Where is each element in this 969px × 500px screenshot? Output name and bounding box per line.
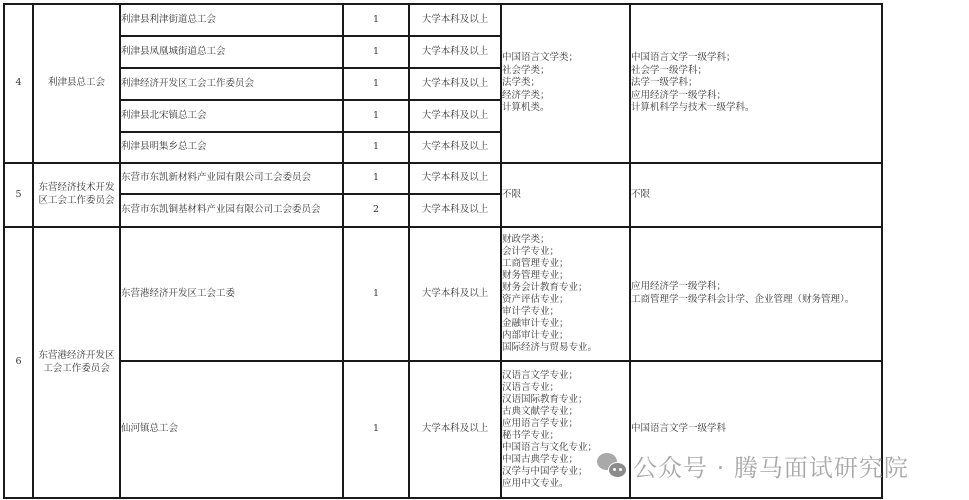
education-cell: 大学本科及以上 [409, 163, 501, 194]
row-number: 6 [4, 227, 33, 498]
subject-cell: 应用经济学一级学科； 工商管理学一级学科会计学、企业管理（财务管理）。 [630, 227, 882, 361]
department-cell: 利津县总工会 [33, 4, 120, 163]
count-cell: 1 [343, 132, 409, 163]
subject-item: 应用经济学一级学科； [631, 90, 881, 103]
education-cell: 大学本科及以上 [409, 194, 501, 227]
count-cell: 1 [343, 4, 409, 36]
count-cell: 1 [343, 100, 409, 132]
major-item: 财务会计教育专业； [502, 282, 629, 294]
table-row: 仙河镇总工会 1 大学本科及以上 汉语言文学专业； 汉语言专业； 汉语国际教育专… [4, 361, 882, 498]
subject-cell: 中国语言文学一级学科 [630, 361, 882, 498]
subject-item: 法学一级学科； [631, 77, 881, 90]
department-cell: 东营经济技术开发区工会工作委员会 [33, 163, 120, 227]
unit-cell: 利津县明集乡总工会 [120, 132, 343, 163]
education-cell: 大学本科及以上 [409, 361, 501, 498]
unit-cell: 东营市东凯新材料产业园有限公司工会委员会 [120, 163, 343, 194]
subject-cell: 不限 [630, 163, 882, 227]
major-item: 秘书学专业； [502, 430, 629, 442]
major-item: 财政学类； [502, 234, 629, 246]
major-item: 资产评估专业； [502, 294, 629, 306]
major-cell: 汉语言文学专业； 汉语言专业； 汉语国际教育专业； 古典文献学专业； 应用语言学… [501, 361, 630, 498]
major-item: 社会学类； [502, 65, 629, 78]
major-item: 中国语言文学类； [502, 52, 629, 65]
unit-cell: 利津经济开发区工会工作委员会 [120, 68, 343, 100]
major-cell: 中国语言文学类； 社会学类； 法学类； 经济学类； 计算机类。 [501, 4, 630, 163]
count-cell: 1 [343, 36, 409, 68]
major-item: 国际经济与贸易专业。 [502, 342, 629, 354]
major-item: 应用中文专业。 [502, 478, 629, 490]
unit-cell: 东营港经济开发区工会工委 [120, 227, 343, 361]
count-cell: 1 [343, 68, 409, 100]
table-row: 5 东营经济技术开发区工会工作委员会 东营市东凯新材料产业园有限公司工会委员会 … [4, 163, 882, 194]
subject-item: 工商管理学一级学科会计学、企业管理（财务管理）。 [631, 294, 881, 307]
subject-item: 中国语言文学一级学科； [631, 52, 881, 65]
major-cell: 财政学类； 会计学专业； 工商管理专业； 财务管理专业； 财务会计教育专业； 资… [501, 227, 630, 361]
department-cell: 东营港经济开发区工会工作委员会 [33, 227, 120, 498]
count-cell: 1 [343, 361, 409, 498]
unit-cell: 利津县凤凰城街道总工会 [120, 36, 343, 68]
major-item: 工商管理专业； [502, 258, 629, 270]
major-item: 应用语言学专业； [502, 418, 629, 430]
subject-item: 社会学一级学科； [631, 65, 881, 78]
subject-cell: 中国语言文学一级学科； 社会学一级学科； 法学一级学科； 应用经济学一级学科； … [630, 4, 882, 163]
unit-cell: 利津县北宋镇总工会 [120, 100, 343, 132]
subject-item: 应用经济学一级学科； [631, 281, 881, 294]
major-item: 古典文献学专业； [502, 406, 629, 418]
count-cell: 1 [343, 227, 409, 361]
count-cell: 2 [343, 194, 409, 227]
major-item: 内部审计专业； [502, 330, 629, 342]
major-item: 汉语言文学专业； [502, 370, 629, 382]
education-cell: 大学本科及以上 [409, 4, 501, 36]
major-item: 财务管理专业； [502, 270, 629, 282]
unit-cell: 利津县利津街道总工会 [120, 4, 343, 36]
table-row: 6 东营港经济开发区工会工作委员会 东营港经济开发区工会工委 1 大学本科及以上… [4, 227, 882, 361]
subject-item: 计算机科学与技术一级学科。 [631, 102, 881, 115]
education-cell: 大学本科及以上 [409, 68, 501, 100]
unit-cell: 东营市东凯铜基材料产业园有限公司工会委员会 [120, 194, 343, 227]
row-number: 4 [4, 4, 33, 163]
major-item: 汉语国际教育专业； [502, 394, 629, 406]
row-number: 5 [4, 163, 33, 227]
education-cell: 大学本科及以上 [409, 227, 501, 361]
major-item: 计算机类。 [502, 102, 629, 115]
major-item: 中国语言与文化专业； [502, 442, 629, 454]
major-item: 汉学与中国学专业； [502, 466, 629, 478]
unit-cell: 仙河镇总工会 [120, 361, 343, 498]
major-item: 汉语言专业； [502, 382, 629, 394]
major-item: 经济学类； [502, 90, 629, 103]
major-item: 中国古典学专业； [502, 454, 629, 466]
education-cell: 大学本科及以上 [409, 132, 501, 163]
major-item: 法学类； [502, 77, 629, 90]
job-table: 4 利津县总工会 利津县利津街道总工会 1 大学本科及以上 中国语言文学类； 社… [3, 3, 883, 499]
major-item: 审计学专业； [502, 306, 629, 318]
count-cell: 1 [343, 163, 409, 194]
education-cell: 大学本科及以上 [409, 36, 501, 68]
table-row: 4 利津县总工会 利津县利津街道总工会 1 大学本科及以上 中国语言文学类； 社… [4, 4, 882, 36]
education-cell: 大学本科及以上 [409, 100, 501, 132]
major-cell: 不限 [501, 163, 630, 227]
major-item: 金融审计专业； [502, 318, 629, 330]
major-item: 会计学专业； [502, 246, 629, 258]
